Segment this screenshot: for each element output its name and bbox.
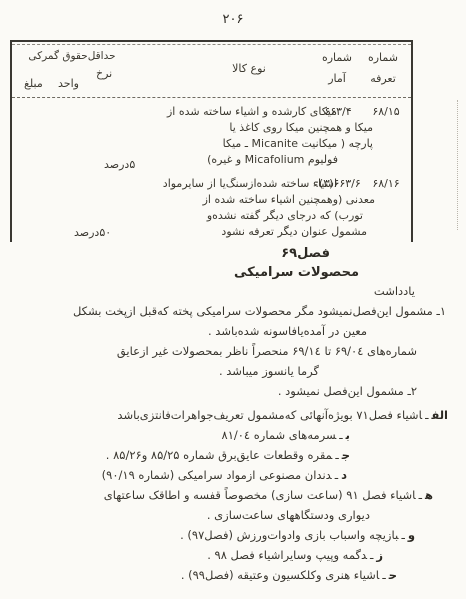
item-letter: ه <box>425 488 433 502</box>
list-item: هـاشیاء فصل ۹۱ (ساعت سازی) مخصوصاً قفسه … <box>0 485 433 505</box>
tariff-table: شماره تعرفه شماره آمار نوع کالا حداقل‌حق… <box>10 40 413 242</box>
table-row: ۶۸/۱۵ ۶۶۳/۴ میکای کارشده و اشیاء ساخته ش… <box>12 98 411 174</box>
header-amount: مبلغ <box>24 77 43 90</box>
header-goods-type: نوع کالا <box>217 62 281 75</box>
duty-rate-cell: ۵۰درصد <box>74 225 111 241</box>
note-1-line-1: ۱ـ مشمول این‌فصل‌نمیشود مگر محصولات سرام… <box>0 301 446 321</box>
header-stat-number-line1: شماره <box>317 51 357 64</box>
item-letter: ج <box>342 448 350 462</box>
note-1b-line-2: گرما یانسوز میباشد . <box>0 361 319 381</box>
note-2: ۲ـ مشمول این‌فصل نمیشود . <box>0 381 417 401</box>
item-letter: ب <box>346 428 350 442</box>
tariff-number-cell: ۶۸/۱۵ <box>364 104 408 120</box>
list-item: جـمقره وقطعات عایق‌برق شماره ۸۵/۲۵ و۸۵/۲… <box>0 445 350 465</box>
description-line: مشمول عنوان دیگر تعرفه نشود <box>12 224 411 240</box>
stat-number-cell: ۶۶۳/۶(۳): <box>315 176 361 192</box>
header-rate: نرخ <box>96 67 112 80</box>
stat-number-cell: ۶۶۳/۴ <box>315 104 361 120</box>
exclusions-list: الفـاشیاء فصل۷۱ بویژه‌آنهائی که‌مشمول تع… <box>0 405 466 585</box>
duty-rate-cell: ۵درصد <box>104 157 135 173</box>
item-letter: ح <box>389 568 397 582</box>
description-line: فولیوم Micafolium و غیره) <box>12 152 411 168</box>
header-tariff-number-line2: تعرفه <box>361 72 405 85</box>
document-page: ۲۰۶ شماره تعرفه شماره آمار نوع کالا حداق… <box>0 0 466 599</box>
list-item-continuation: دیواری ودستگاههای ساعت‌سازی . <box>0 505 370 525</box>
header-unit: واحد <box>58 77 79 90</box>
item-dash: ـ <box>367 548 376 562</box>
item-letter: د <box>341 468 347 482</box>
item-dash: ـ <box>336 428 345 442</box>
description-line: پارچه ( میکانیت Micanite ـ میکا <box>12 136 411 152</box>
item-dash: ـ <box>332 468 341 482</box>
header-tariff-number-line1: شماره <box>361 51 405 64</box>
table-header: شماره تعرفه شماره آمار نوع کالا حداقل‌حق… <box>12 44 411 98</box>
list-item: زـدگمه وپیپ وسایراشیاء فصل ۹۸ . <box>0 545 383 565</box>
item-dash: ـ <box>379 568 388 582</box>
item-text: اشیاء فصل ۹۱ (ساعت سازی) مخصوصاً قفسه و … <box>104 488 416 502</box>
item-text: سرمه‌های شماره ۸۱/۰٤ <box>222 428 337 442</box>
item-text: اشیاء فصل۷۱ بویژه‌آنهائی که‌مشمول تعریف‌… <box>117 408 422 422</box>
note-1-line-2: معین در آمده‌یافاسونه شده‌باشد . <box>0 321 367 341</box>
tariff-number-cell: ۶۸/۱۶ <box>364 176 408 192</box>
item-dash: ـ <box>332 448 341 462</box>
table-row: ۶۸/۱۶ ۶۶۳/۶(۳): اشیاء ساخته شده‌ازسنگ‌یا… <box>12 174 411 242</box>
list-item: الفـاشیاء فصل۷۱ بویژه‌آنهائی که‌مشمول تع… <box>0 405 448 425</box>
list-item: بـسرمه‌های شماره ۸۱/۰٤ <box>0 425 350 445</box>
list-item: وـبازیچه واسباب بازی وادوات‌ورزش (فصل۹۷)… <box>0 525 415 545</box>
description-line: میکا و همچنین میکا روی کاغذ یا <box>12 120 411 136</box>
item-text: بازیچه واسباب بازی وادوات‌ورزش (فصل۹۷) . <box>180 528 398 542</box>
item-text: مقره وقطعات عایق‌برق شماره ۸۵/۲۵ و۸۵/۲۶ … <box>106 448 333 462</box>
header-stat-number-line2: آمار <box>317 72 357 85</box>
note-label: یادداشت <box>374 284 415 299</box>
header-min-customs-duty: حداقل‌حقوق گمرکی <box>22 50 122 62</box>
item-dash: ـ <box>398 528 407 542</box>
list-item: حـاشیاء هنری وکلکسیون وعتیقه (فصل۹۹) . <box>0 565 397 585</box>
item-dash: ـ <box>416 488 425 502</box>
item-text: دگمه وپیپ وسایراشیاء فصل ۹۸ . <box>207 548 367 562</box>
item-text: دندان مصنوعی ازمواد سرامیکی (شماره ۹۰/۱۹… <box>102 468 332 482</box>
description-line: تورب) که درجای دیگر گفته نشده‌و <box>12 208 411 224</box>
note-1b-line-1: شماره‌های ۶۹/۰٤ تا ۶۹/۱٤ منحصراً ناظر بم… <box>0 341 417 361</box>
page-edge-mark <box>457 100 458 230</box>
item-letter: الف <box>431 408 448 422</box>
chapter-subtitle: محصولات سرامیکی <box>234 265 359 281</box>
chapter-title: فصل۶۹ <box>281 246 330 262</box>
item-letter: و <box>408 528 415 542</box>
item-letter: ز <box>376 548 383 562</box>
description-line: معدنی (وهمچنین اشیاء ساخته شده از <box>12 192 411 208</box>
page-number: ۲۰۶ <box>0 12 466 28</box>
item-text: اشیاء هنری وکلکسیون وعتیقه (فصل۹۹) . <box>181 568 380 582</box>
list-item: دـدندان مصنوعی ازمواد سرامیکی (شماره ۹۰/… <box>0 465 347 485</box>
